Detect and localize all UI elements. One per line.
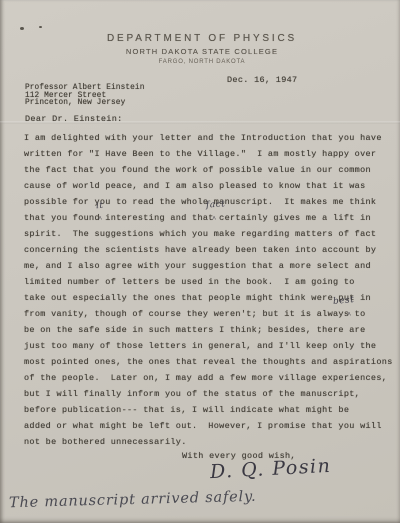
recipient-address: Professor Albert Einstein112 Mercer Stre…: [25, 85, 144, 108]
body-line: from vanity, though of course they weren…: [24, 306, 393, 322]
letterhead: DEPARTMENT OF PHYSICS NORTH DAKOTA STATE…: [4, 33, 400, 65]
letterhead-location: FARGO, NORTH DAKOTA: [4, 59, 400, 65]
body-line: but I will finally inform you of the sta…: [24, 386, 393, 402]
body-line: limited number of letters be used in the…: [24, 274, 393, 290]
paper-speck: [20, 27, 24, 30]
body-line: I am delighted with your letter and the …: [24, 130, 393, 146]
caret-mark: ^: [347, 312, 351, 320]
body-line: before publication--- that is, I will in…: [24, 402, 393, 418]
letter-body: I am delighted with your letter and the …: [24, 130, 393, 450]
body-line: spirit. The suggestions which you make r…: [24, 226, 393, 242]
letterhead-college: NORTH DAKOTA STATE COLLEGE: [4, 47, 400, 56]
salutation: Dear Dr. Einstein:: [25, 114, 123, 124]
body-line: added or what might be left out. However…: [24, 418, 393, 434]
body-line: me, and I also agree with your suggestio…: [24, 258, 393, 274]
body-line: be on the safe side in such matters I th…: [24, 322, 393, 338]
caret-mark: ^: [212, 216, 216, 224]
postscript-note: The manuscript arrived safely.: [9, 489, 257, 511]
scanned-letter: DEPARTMENT OF PHYSICS NORTH DAKOTA STATE…: [0, 0, 400, 523]
recipient-address-line: Princeton, New Jersey: [25, 100, 144, 108]
handwritten-insertion-it: it: [96, 201, 104, 211]
handwritten-insertion-best: best: [333, 295, 355, 307]
body-line: written for "I Have Been to the Village.…: [24, 146, 393, 162]
body-line: cause of world peace, and I am also plea…: [24, 178, 393, 194]
body-line: the fact that you found the work of poss…: [24, 162, 393, 178]
body-line: just too many of those letters in genera…: [24, 338, 393, 354]
handwritten-insertion-fact: fact: [206, 199, 226, 210]
date-line: Dec. 16, 1947: [227, 75, 297, 85]
body-line: concerning the scientists have already b…: [24, 242, 393, 258]
body-line: most pointed ones, the ones that reveal …: [24, 354, 393, 370]
body-line: not be bothered unnecessarily.: [24, 434, 393, 450]
body-line: of the people. Later on, I may add a few…: [24, 370, 393, 386]
caret-mark: ^: [98, 216, 102, 224]
body-line: that you found interesting and that cert…: [24, 210, 393, 226]
paper-speck: [39, 26, 42, 28]
letterhead-department: DEPARTMENT OF PHYSICS: [4, 33, 400, 44]
